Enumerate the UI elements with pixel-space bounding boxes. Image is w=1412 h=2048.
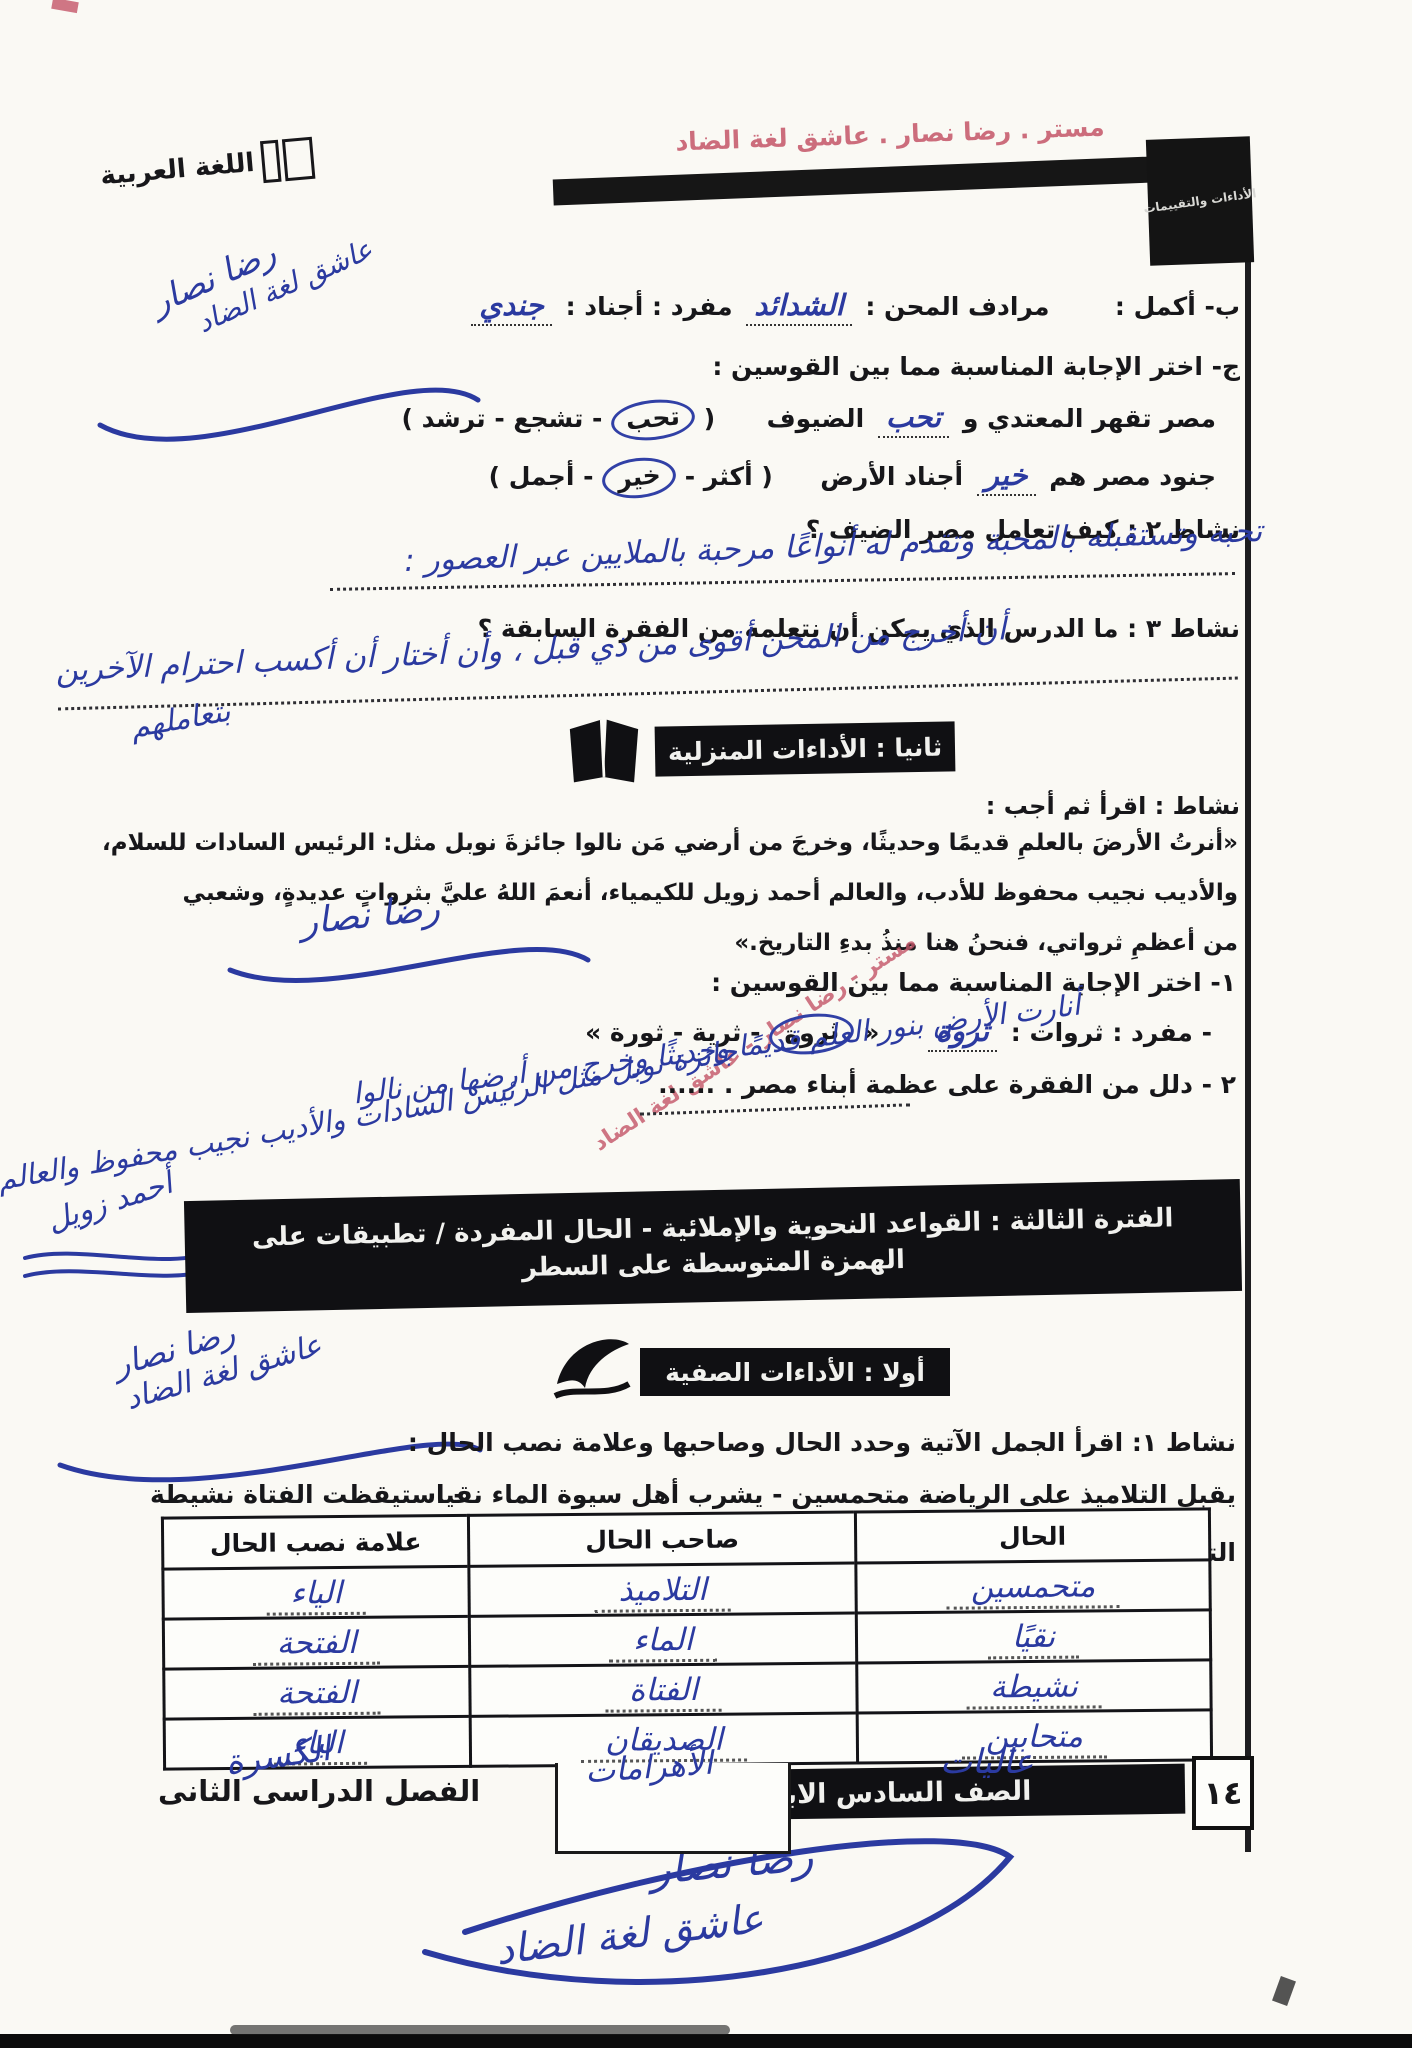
activity3-answer-tail: بتعاملهم (128, 694, 233, 746)
cell-sahib: الفتاة (605, 1671, 722, 1712)
corner-banner-label: الأداءات والتقييمات (1143, 186, 1258, 216)
scan-smudge-bottom (230, 2025, 730, 2035)
s1-options-open: ( (704, 404, 715, 433)
semester-label: الفصل الدراسى الثانى (158, 1774, 480, 1808)
scan-edge-bottom (0, 2034, 1412, 2048)
question-complete-part1: مرادف المحن : (865, 292, 1049, 321)
s1-post: الضيوف (767, 404, 865, 433)
question-complete-line: ب- أكمل : مرادف المحن : الشدائد مفرد : أ… (466, 288, 1240, 322)
choose-sentence-1: مصر تقهر المعتدي و تحب الضيوف ( تحب - تش… (402, 400, 1216, 440)
page-number-box: ١٤ (1192, 1756, 1254, 1830)
fill-line (58, 677, 1238, 711)
s1-chosen-option: تحب (609, 396, 697, 445)
table-row: نقيًا الماء الفتحة (163, 1610, 1210, 1669)
subject-header: اللغة العربية (99, 137, 316, 198)
choose-sentence-2: جنود مصر هم خير أجناد الأرض ( أكثر - خير… (489, 458, 1216, 498)
scan-edge-right (1245, 232, 1251, 1852)
sentence-row1-right: يقبل التلاميذ على الرياضة متحمسين - يشرب… (436, 1480, 1236, 1509)
col-header-hal: الحال (855, 1509, 1209, 1563)
s1-blank-answer: تحب (878, 400, 949, 438)
col-header-sahib: صاحب الحال (469, 1512, 856, 1566)
question-complete-label: ب- أكمل : (1115, 292, 1240, 321)
scan-mark-top-left (51, 0, 79, 13)
answer-synonym: الشدائد (746, 288, 851, 326)
table-row: متحمسين التلاميذ الياء (163, 1560, 1210, 1619)
cell-hal: متحمسين (947, 1568, 1120, 1610)
cell-alamah: الياء (266, 1574, 366, 1615)
table-row: نشيطة الفتاة الفتحة (164, 1660, 1211, 1719)
s2-pre: جنود مصر هم (1049, 462, 1216, 491)
signature-stroke (90, 330, 490, 460)
class-banner-label: أولا : الأداءات الصفية (665, 1358, 925, 1387)
quill-scribble-icon (545, 1326, 637, 1408)
page-number: ١٤ (1203, 1774, 1242, 1812)
passage-line-1: «أنرتُ الأرضَ بالعلمِ قديمًا وحديثًا، وخ… (102, 830, 1238, 856)
s2-post: أجناد الأرض (820, 462, 963, 491)
period-section-banner: الفترة الثالثة : القواعد النحوية والإملا… (184, 1179, 1242, 1313)
s1-options-rest: - تشجع - ترشد ) (402, 404, 603, 433)
cell-hal: نشيطة (966, 1668, 1102, 1709)
scan-mark-bottom-right (1272, 1976, 1296, 2006)
read-prompt: نشاط : اقرأ ثم أجب : (986, 792, 1240, 820)
cell-sahib: الماء (609, 1621, 717, 1662)
cell-hal-row5: عاليات (940, 1742, 1034, 1782)
header-rule-bar (553, 156, 1154, 205)
home-section-banner: ثانيا : الأداءات المنزلية (655, 721, 956, 776)
cell-hal: نقيًا (988, 1618, 1079, 1659)
s2-blank-answer: خير (977, 458, 1036, 496)
home-banner-label: ثانيا : الأداءات المنزلية (668, 732, 943, 766)
s2-options-open: ( أكثر - (685, 462, 773, 491)
sentence-row1-left: - استيقظت الفتاة نشيطة (150, 1480, 464, 1509)
s2-chosen-option: خير (600, 454, 678, 501)
s2-options-rest: - أجمل ) (489, 462, 594, 491)
teacher-watermark-top: مستر . رضا نصار . عاشق لغة الضاد (640, 111, 1141, 157)
answer-singular: جندي (471, 288, 552, 326)
cell-alamah: الفتحة (253, 1674, 381, 1715)
question-choose-label: ج- اختر الإجابة المناسبة مما بين القوسين… (712, 352, 1240, 381)
period-banner-line1: الفترة الثالثة : القواعد النحوية والإملا… (252, 1203, 1174, 1252)
scanned-worksheet-page: اللغة العربية مستر . رضا نصار . عاشق لغة… (0, 0, 1412, 2048)
class-activity-label: نشاط ١: اقرأ الجمل الآتية وحدد الحال وصا… (408, 1428, 1236, 1457)
passage-line-3: من أعظمِ ثرواتي، فنحنُ هنا منذُ بدءِ الت… (734, 930, 1238, 956)
s1-pre: مصر تقهر المعتدي و (963, 404, 1216, 433)
subject-label: اللغة العربية (99, 148, 255, 191)
cell-sahib: التلاميذ (594, 1571, 731, 1612)
col-header-alamah: علامة نصب الحال (162, 1515, 469, 1569)
header-corner-banner: الأداءات والتقييمات (1146, 136, 1254, 266)
signature-stroke (220, 915, 600, 995)
cell-alamah: الفتحة (253, 1624, 381, 1665)
question-complete-part2: مفرد : أجناد : (566, 292, 733, 321)
table-header-row: الحال صاحب الحال علامة نصب الحال (162, 1509, 1209, 1569)
home-q2-label: ٢ - دلل من الفقرة على عظمة أبناء مصر . .… (658, 1070, 1236, 1099)
period-banner-line2: الهمزة المتوسطة على السطر (522, 1245, 905, 1283)
class-section-banner: أولا : الأداءات الصفية (640, 1348, 950, 1396)
home-q1-label: ١- اختر الإجابة المناسبة مما بين القوسين… (711, 968, 1236, 997)
book-icon (563, 708, 645, 794)
ministry-logo-icon (260, 137, 315, 183)
